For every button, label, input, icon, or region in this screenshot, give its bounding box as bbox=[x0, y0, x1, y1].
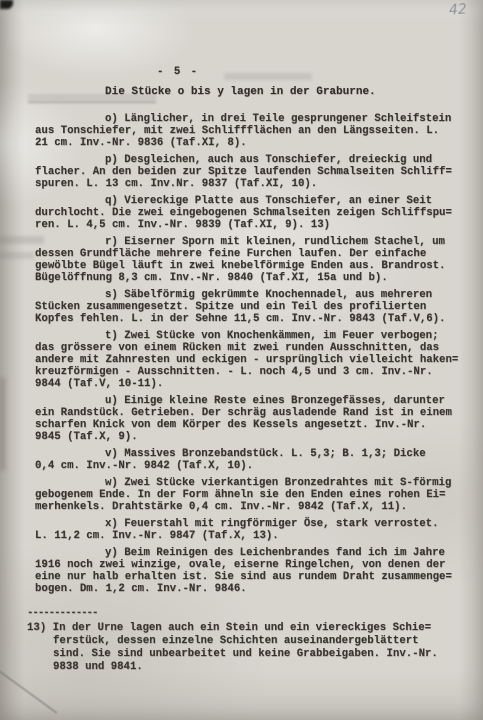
text-line: flacher. An den beiden zur Spitze laufen… bbox=[35, 166, 465, 178]
text-line: aus Tonschiefer, mit zwei Schliffflächen… bbox=[35, 125, 465, 137]
text-line: 1916 noch zwei winzige, ovale, eiserne R… bbox=[35, 559, 465, 571]
paragraph-o: o) Länglicher, in drei Teile gesprungene… bbox=[35, 113, 465, 149]
typewritten-content: - 5 - Die Stücke o bis y lagen in der Gr… bbox=[35, 66, 465, 674]
bleedthrough-mark bbox=[0, 252, 34, 259]
text-line: eine nur halb erhalten ist. Sie sind aus… bbox=[35, 571, 465, 583]
scan-edge-streak bbox=[0, 378, 5, 470]
text-line: s) Säbelförmig gekrümmte Knochennadel, a… bbox=[35, 289, 465, 301]
paragraph-x: x) Feuerstahl mit ringförmiger Öse, star… bbox=[35, 518, 465, 542]
paragraph-q: q) Viereckige Platte aus Tonschiefer, an… bbox=[35, 195, 465, 231]
text-line: das grössere von einem Rücken mit zwei r… bbox=[35, 342, 465, 354]
footnote-separator: ------------- bbox=[27, 607, 465, 619]
text-line: w) Zwei Stücke vierkantigen Bronzedrahte… bbox=[35, 477, 465, 489]
footnote-line: ferstück, dessen einzelne Schichten ause… bbox=[27, 635, 465, 648]
text-line: t) Zwei Stücke von Knochenkämmen, im Feu… bbox=[35, 330, 465, 342]
text-line: x) Feuerstahl mit ringförmiger Öse, star… bbox=[35, 518, 465, 530]
paragraph-t: t) Zwei Stücke von Knochenkämmen, im Feu… bbox=[35, 330, 465, 390]
page-number: - 5 - bbox=[157, 66, 465, 78]
text-line: gebogenem Ende. In der Form ähneln sie d… bbox=[35, 489, 465, 501]
text-line: 9845 (Taf.X, 9). bbox=[35, 431, 465, 443]
paragraph-r: r) Eiserner Sporn mit kleinen, rundliche… bbox=[35, 236, 465, 284]
text-line: dessen Grundfläche mehrere feine Furchen… bbox=[35, 248, 465, 260]
paragraph-s: s) Säbelförmig gekrümmte Knochennadel, a… bbox=[35, 289, 465, 325]
paragraph-u: u) Einige kleine Reste eines Bronzegefäs… bbox=[35, 395, 465, 443]
footnote-line: sind. Sie sind unbearbeitet und keine Gr… bbox=[27, 648, 465, 661]
paragraph-w: w) Zwei Stücke vierkantigen Bronzedrahte… bbox=[35, 477, 465, 513]
paragraph-v: v) Massives Bronzebandstück. L. 5,3; B. … bbox=[35, 448, 465, 472]
text-line: durchlocht. Die zwei eingebogenen Schmal… bbox=[35, 207, 465, 219]
text-line: y) Beim Reinigen des Leichenbrandes fand… bbox=[35, 547, 465, 559]
paragraph-y: y) Beim Reinigen des Leichenbrandes fand… bbox=[35, 547, 465, 595]
text-line: ren. L. 4,5 cm. Inv.-Nr. 9839 (Taf.XI, 9… bbox=[35, 219, 465, 231]
footnote-block: ------------- 13) In der Urne lagen auch… bbox=[27, 607, 465, 674]
text-line: Stücken zusammengesetzt. Spitze und ein … bbox=[35, 301, 465, 313]
footnote-line: 9838 und 9841. bbox=[27, 661, 465, 674]
document-heading: Die Stücke o bis y lagen in der Graburne… bbox=[105, 86, 465, 98]
text-line: 0,4 cm. Inv.-Nr. 9842 (Taf.X, 10). bbox=[35, 460, 465, 472]
text-line: u) Einige kleine Reste eines Bronzegefäs… bbox=[35, 395, 465, 407]
footnote-line: 13) In der Urne lagen auch ein Stein und… bbox=[27, 622, 465, 635]
text-line: spuren. L. 13 cm. Inv.Nr. 9837 (Taf.XI, … bbox=[35, 178, 465, 190]
document-page: 42 - 5 - Die Stücke o bis y lagen in der… bbox=[0, 0, 483, 720]
text-line: scharfen Knick von dem Körper des Kessel… bbox=[35, 419, 465, 431]
footnote: 13) In der Urne lagen auch ein Stein und… bbox=[27, 622, 465, 674]
text-line: bogen. Dm. 1,2 cm. Inv.-Nr. 9846. bbox=[35, 583, 465, 595]
text-line: Bügelöffnung 8,3 cm. Inv.-Nr. 9840 (Taf.… bbox=[35, 272, 465, 284]
text-line: v) Massives Bronzebandstück. L. 5,3; B. … bbox=[35, 448, 465, 460]
text-line: gewölbte Bügel läuft in zwei knebelförmi… bbox=[35, 260, 465, 272]
text-line: 9844 (Taf.V, 10-11). bbox=[35, 378, 465, 390]
text-line: p) Desgleichen, auch aus Tonschiefer, dr… bbox=[35, 154, 465, 166]
text-line: Kopfes fehlen. L. in der Sehne 11,5 cm. … bbox=[35, 313, 465, 325]
text-line: r) Eiserner Sporn mit kleinen, rundliche… bbox=[35, 236, 465, 248]
text-line: 21 cm. Inv.-Nr. 9836 (Taf.XI, 8). bbox=[35, 137, 465, 149]
text-line: kreuzförmigen - Ausschnitten. - L. noch … bbox=[35, 366, 465, 378]
document-body: o) Länglicher, in drei Teile gesprungene… bbox=[35, 113, 465, 595]
paragraph-p: p) Desgleichen, auch aus Tonschiefer, dr… bbox=[35, 154, 465, 190]
text-line: L. 11,2 cm. Inv.-Nr. 9847 (Taf.X, 13). bbox=[35, 530, 465, 542]
text-line: q) Viereckige Platte aus Tonschiefer, an… bbox=[35, 195, 465, 207]
scan-corner-smudge bbox=[0, 0, 13, 9]
text-line: merhenkels. Drahtstärke 0,4 cm. Inv.-Nr.… bbox=[35, 501, 465, 513]
text-line: o) Länglicher, in drei Teile gesprungene… bbox=[35, 113, 465, 125]
handwritten-sheet-number: 42 bbox=[449, 1, 468, 18]
text-line: andere mit Zahnresten und eckigen - ursp… bbox=[35, 354, 465, 366]
text-line: ein Randstück. Getrieben. Der schräg aus… bbox=[35, 407, 465, 419]
